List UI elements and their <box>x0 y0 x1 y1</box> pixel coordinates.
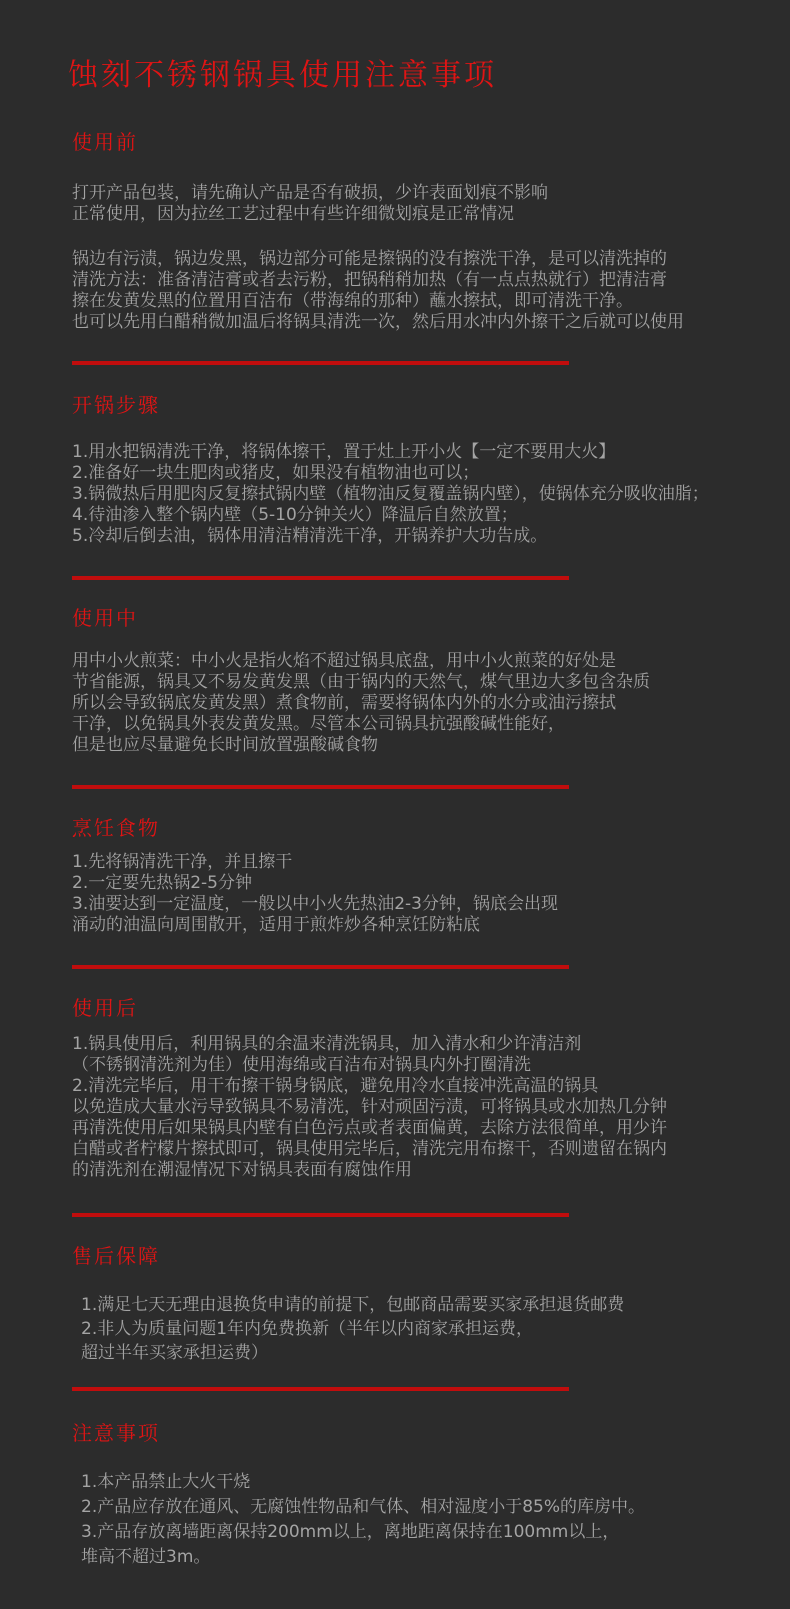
paragraph: 1.满足七天无理由退换货申请的前提下，包邮商品需要买家承担退货邮费2.非人为质量… <box>81 1293 790 1365</box>
section-heading: 开锅步骤 <box>72 393 790 417</box>
text-line: 1.本产品禁止大火干烧 <box>81 1470 790 1495</box>
text-line: 2.一定要先热锅2-5分钟 <box>72 873 790 894</box>
section: 使用前 打开产品包装，请先确认产品是否有破损，少许表面划痕不影响正常使用，因为拉… <box>0 94 790 365</box>
text-line: 2.非人为质量问题1年内免费换新（半年以内商家承担运费， <box>81 1317 790 1341</box>
section-heading: 使用前 <box>72 130 790 154</box>
section-body: 打开产品包装，请先确认产品是否有破损，少许表面划痕不影响正常使用，因为拉丝工艺过… <box>0 183 790 333</box>
section-body: 1.用水把锅清洗干净，将锅体擦干，置于灶上开小火【一定不要用大火】2.准备好一块… <box>0 442 790 547</box>
text-line: 堆高不超过3m。 <box>81 1545 790 1570</box>
text-line: 用中小火煎菜：中小火是指火焰不超过锅具底盘，用中小火煎菜的好处是 <box>72 651 790 672</box>
paragraph: 打开产品包装，请先确认产品是否有破损，少许表面划痕不影响正常使用，因为拉丝工艺过… <box>72 183 790 225</box>
section: 烹饪食物 1.先将锅清洗干净，并且擦干2.一定要先热锅2-5分钟3.油要达到一定… <box>0 789 790 969</box>
text-line: 涌动的油温向周围散开，适用于煎炸炒各种烹饪防粘底 <box>72 915 790 936</box>
paragraph: 1.锅具使用后，利用锅具的余温来清洗锅具，加入清水和少许清洁剂（不锈钢清洗剂为佳… <box>72 1034 790 1181</box>
text-line: 2.清洗完毕后，用干布擦干锅身锅底，避免用冷水直接冲洗高温的锅具 <box>72 1076 790 1097</box>
section-heading: 售后保障 <box>72 1244 790 1268</box>
section-heading: 注意事项 <box>72 1421 790 1445</box>
text-line: 2.准备好一块生肥肉或猪皮，如果没有植物油也可以； <box>72 463 790 484</box>
document-root: { "page": { "title": "蚀刻不锈钢锅具使用注意事项", "c… <box>0 0 790 1609</box>
text-line: （不锈钢清洗剂为佳）使用海绵或百洁布对锅具内外打圈清洗 <box>72 1055 790 1076</box>
section-body: 1.先将锅清洗干净，并且擦干2.一定要先热锅2-5分钟3.油要达到一定温度，一般… <box>0 852 790 936</box>
text-line: 但是也应尽量避免长时间放置强酸碱食物 <box>72 735 790 756</box>
text-line: 3.锅微热后用肥肉反复擦拭锅内壁（植物油反复覆盖锅内壁），使锅体充分吸收油脂； <box>72 484 790 505</box>
paragraph: 1.先将锅清洗干净，并且擦干2.一定要先热锅2-5分钟3.油要达到一定温度，一般… <box>72 852 790 936</box>
text-line: 锅边有污渍，锅边发黑，锅边部分可能是擦锅的没有擦洗干净，是可以清洗掉的 <box>72 249 790 270</box>
text-line: 1.用水把锅清洗干净，将锅体擦干，置于灶上开小火【一定不要用大火】 <box>72 442 790 463</box>
text-line: 所以会导致锅底发黄发黑）煮食物前，需要将锅体内外的水分或油污擦拭 <box>72 693 790 714</box>
text-line: 擦在发黄发黑的位置用百洁布（带海绵的那种）蘸水擦拭，即可清洗干净。 <box>72 291 790 312</box>
text-line: 超过半年买家承担运费） <box>81 1341 790 1365</box>
section-body: 用中小火煎菜：中小火是指火焰不超过锅具底盘，用中小火煎菜的好处是节省能源，锅具又… <box>0 651 790 756</box>
text-line: 1.先将锅清洗干净，并且擦干 <box>72 852 790 873</box>
paragraph: 锅边有污渍，锅边发黑，锅边部分可能是擦锅的没有擦洗干净，是可以清洗掉的清洗方法：… <box>72 249 790 333</box>
text-line: 1.锅具使用后，利用锅具的余温来清洗锅具，加入清水和少许清洁剂 <box>72 1034 790 1055</box>
text-line: 再清洗使用后如果锅具内壁有白色污点或者表面偏黄，去除方法很简单，用少许 <box>72 1118 790 1139</box>
text-line: 1.满足七天无理由退换货申请的前提下，包邮商品需要买家承担退货邮费 <box>81 1293 790 1317</box>
section-body: 1.满足七天无理由退换货申请的前提下，包邮商品需要买家承担退货邮费2.非人为质量… <box>0 1293 790 1365</box>
paragraph: 用中小火煎菜：中小火是指火焰不超过锅具底盘，用中小火煎菜的好处是节省能源，锅具又… <box>72 651 790 756</box>
text-line: 3.产品存放离墙距离保持200mm以上，离地距离保持在100mm以上， <box>81 1520 790 1545</box>
text-line: 以免造成大量水污导致锅具不易清洗，针对顽固污渍，可将锅具或水加热几分钟 <box>72 1097 790 1118</box>
text-line: 3.油要达到一定温度，一般以中小火先热油2-3分钟，锅底会出现 <box>72 894 790 915</box>
section-heading: 烹饪食物 <box>72 816 790 840</box>
paragraph: 1.用水把锅清洗干净，将锅体擦干，置于灶上开小火【一定不要用大火】2.准备好一块… <box>72 442 790 547</box>
section: 开锅步骤 1.用水把锅清洗干净，将锅体擦干，置于灶上开小火【一定不要用大火】2.… <box>0 365 790 580</box>
section-heading: 使用后 <box>72 996 790 1020</box>
section: 使用后 1.锅具使用后，利用锅具的余温来清洗锅具，加入清水和少许清洁剂（不锈钢清… <box>0 969 790 1217</box>
text-line: 干净，以免锅具外表发黄发黑。尽管本公司锅具抗强酸碱性能好， <box>72 714 790 735</box>
text-line: 4.待油渗入整个锅内壁（5-10分钟关火）降温后自然放置； <box>72 505 790 526</box>
text-line: 5.冷却后倒去油，锅体用清洁精清洗干净，开锅养护大功告成。 <box>72 526 790 547</box>
section-heading: 使用中 <box>72 606 790 630</box>
paragraph: 1.本产品禁止大火干烧2.产品应存放在通风、无腐蚀性物品和气体、相对湿度小于85… <box>81 1470 790 1570</box>
page-title: 蚀刻不锈钢锅具使用注意事项 <box>68 58 790 94</box>
text-line: 节省能源，锅具又不易发黄发黑（由于锅内的天然气，煤气里边大多包含杂质 <box>72 672 790 693</box>
text-line: 正常使用，因为拉丝工艺过程中有些许细微划痕是正常情况 <box>72 204 790 225</box>
text-line: 白醋或者柠檬片擦拭即可，锅具使用完毕后，清洗完用布擦干，否则遗留在锅内 <box>72 1139 790 1160</box>
section: 使用中 用中小火煎菜：中小火是指火焰不超过锅具底盘，用中小火煎菜的好处是节省能源… <box>0 580 790 789</box>
section: 注意事项 1.本产品禁止大火干烧2.产品应存放在通风、无腐蚀性物品和气体、相对湿… <box>0 1391 790 1570</box>
section: 售后保障 1.满足七天无理由退换货申请的前提下，包邮商品需要买家承担退货邮费2.… <box>0 1217 790 1391</box>
text-line: 打开产品包装，请先确认产品是否有破损，少许表面划痕不影响 <box>72 183 790 204</box>
text-line: 2.产品应存放在通风、无腐蚀性物品和气体、相对湿度小于85%的库房中。 <box>81 1495 790 1520</box>
text-line: 也可以先用白醋稍微加温后将锅具清洗一次，然后用水冲内外擦干之后就可以使用 <box>72 312 790 333</box>
sections: 使用前 打开产品包装，请先确认产品是否有破损，少许表面划痕不影响正常使用，因为拉… <box>0 94 790 1570</box>
section-body: 1.本产品禁止大火干烧2.产品应存放在通风、无腐蚀性物品和气体、相对湿度小于85… <box>0 1470 790 1570</box>
section-body: 1.锅具使用后，利用锅具的余温来清洗锅具，加入清水和少许清洁剂（不锈钢清洗剂为佳… <box>0 1034 790 1181</box>
instruction-page: 蚀刻不锈钢锅具使用注意事项 使用前 打开产品包装，请先确认产品是否有破损，少许表… <box>0 58 790 1570</box>
text-line: 的清洗剂在潮湿情况下对锅具表面有腐蚀作用 <box>72 1160 790 1181</box>
text-line: 清洗方法：准备清洁膏或者去污粉，把锅稍稍加热（有一点点热就行）把清洁膏 <box>72 270 790 291</box>
